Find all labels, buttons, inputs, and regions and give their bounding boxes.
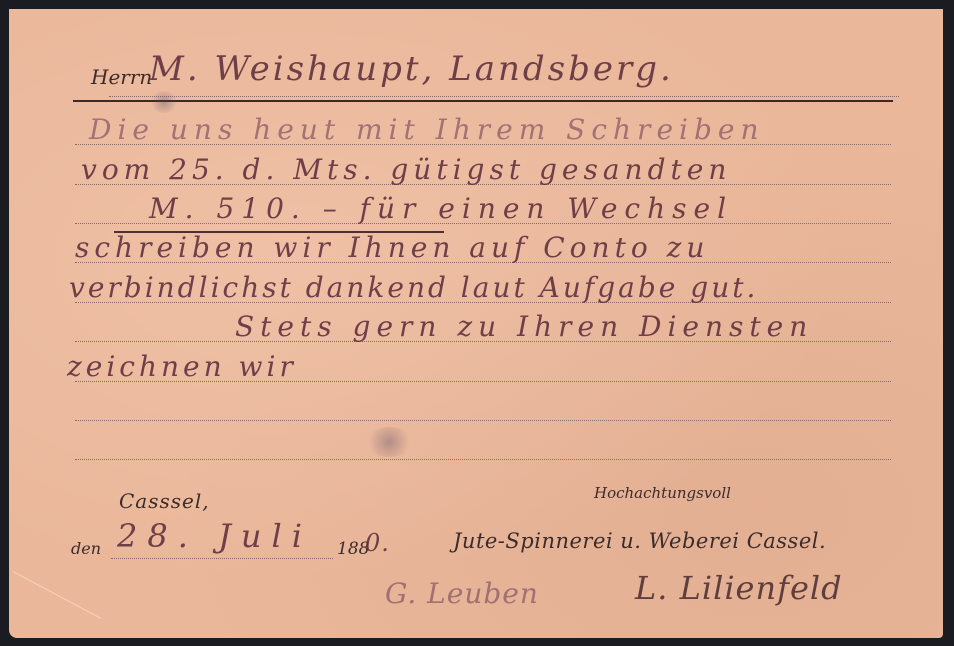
year-handwritten-suffix: 0. <box>365 529 390 557</box>
recipient-handwritten: M. Weishaupt, Landsberg. <box>149 49 674 89</box>
body-line-4: schreiben wir Ihnen auf Conto zu <box>75 231 709 264</box>
address-underline <box>73 100 893 102</box>
body-line-6: Stets gern zu Ihren Diensten <box>235 310 813 343</box>
writing-line-8 <box>75 420 891 421</box>
signature-1: G. Leuben <box>385 577 539 610</box>
date-dotted-line <box>111 558 333 559</box>
place-printed: Casssel, <box>119 489 210 513</box>
body-line-1: Die uns heut mit Ihrem Schreiben <box>89 113 765 146</box>
body-line-2: vom 25. d. Mts. gütigst gesandten <box>81 153 731 186</box>
ink-smudge <box>364 427 414 457</box>
company-printed: Jute-Spinnerei u. Weberei Cassel. <box>453 529 826 553</box>
date-prefix-printed: den <box>71 539 101 558</box>
greeting-printed: Hochachtungsvoll <box>594 484 731 502</box>
date-handwritten: 28. Juli <box>117 517 312 555</box>
body-line-5: verbindlichst dankend laut Aufgabe gut. <box>69 271 758 304</box>
address-dotted-line <box>109 96 899 97</box>
writing-line-9 <box>75 459 891 460</box>
body-line-7: zeichnen wir <box>67 350 297 383</box>
signature-2: L. Lilienfeld <box>635 569 843 607</box>
ink-smudge-2 <box>149 91 179 113</box>
body-line-3: M. 510. – für einen Wechsel <box>149 192 733 225</box>
postcard: Herrn M. Weishaupt, Landsberg. Die uns h… <box>9 9 943 638</box>
salutation-printed: Herrn <box>91 65 152 89</box>
